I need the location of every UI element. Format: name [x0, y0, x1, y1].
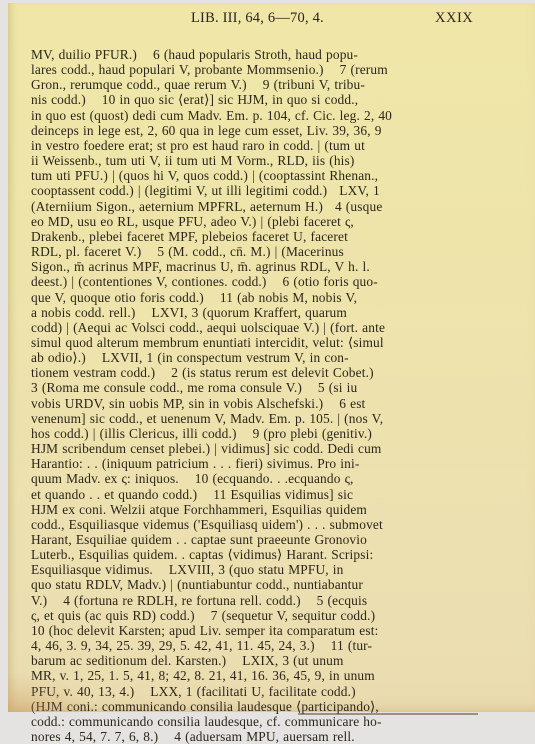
apparatus-line: simul quod alterum membrum enuntiati int…	[31, 335, 496, 350]
apparatus-line: MR, v. 1, 25, 1. 5, 41, 8; 42, 8. 21, 41…	[31, 668, 496, 683]
apparatus-line: quum Madv. ex ς: iniquos. 10 (ecquando. …	[31, 471, 496, 486]
page-header: LIB. III, 64, 6—70, 4. XXIX	[8, 10, 535, 30]
apparatus-line: (HJM coni.: communicando consilia laudes…	[31, 699, 496, 714]
apparatus-line: 10 (hoc delevit Karsten; apud Liv. sempe…	[31, 623, 496, 638]
apparatus-line: cooptassent codd.) | (legitimi V, ut ill…	[31, 183, 496, 198]
apparatus-line: Harantio: . . (iniquum patricium . . . f…	[31, 456, 496, 471]
apparatus-line: V.) 4 (fortuna re RDLH, re fortuna rell.…	[31, 593, 496, 608]
apparatus-line: in quo est (quost) dedi cum Madv. Em. p.…	[31, 108, 496, 123]
apparatus-line: tum uti PFU.) | (quos hi V, quos codd.) …	[31, 168, 496, 183]
page-edge-rule	[298, 713, 478, 715]
running-head: LIB. III, 64, 6—70, 4.	[191, 10, 324, 27]
apparatus-line: Esquiliasque vidimus. LXVIII, 3 (quo sta…	[31, 562, 496, 577]
apparatus-line: Harant, Esquiliae quidem . . captae sunt…	[31, 532, 496, 547]
apparatus-line: codd.: communicando consilia laudesque, …	[31, 714, 496, 727]
apparatus-line: Luterb., Esquilias quidem. . captas ⟨vid…	[31, 547, 496, 562]
apparatus-line: quo statu RDLV, Madv.) | (nuntiabuntur c…	[31, 577, 496, 592]
apparatus-line: tionem vestram codd.) 2 (is status rerum…	[31, 365, 496, 380]
page-number: XXIX	[435, 10, 473, 27]
apparatus-line: et quando . . et quando codd.) 11 Esquil…	[31, 487, 496, 502]
apparatus-line: ς, et quis (ac quis RD) codd.) 7 (sequet…	[31, 608, 496, 623]
apparatus-line: (Aterniium Sigon., aeternium MPFRL, aete…	[31, 199, 496, 214]
apparatus-line: in vestro foedere erat; st pro est haud …	[31, 138, 496, 153]
apparatus-line: barum ac seditionum del. Karsten.) LXIX,…	[31, 653, 496, 668]
apparatus-line: vobis URDV, sin uobis MP, sin in vobis A…	[31, 396, 496, 411]
apparatus-line: eo MD, usu eo RL, usque PFU, adeo V.) | …	[31, 214, 496, 229]
apparatus-line: 4, 46, 3. 9, 34, 25. 39, 29, 5. 42, 41, …	[31, 638, 496, 653]
apparatus-line: ii Weissenb., tum uti V, ii tum uti M Vo…	[31, 153, 496, 168]
apparatus-line: a nobis codd. rell.) LXVI, 3 (quorum Kra…	[31, 305, 496, 320]
apparatus-line: HJM scribendum censet plebei.) | vidimus…	[31, 441, 496, 456]
apparatus-line: deinceps in lege est, 2, 60 qua in lege …	[31, 123, 496, 138]
apparatus-line: Sigon., m̄ acrinus MPF, macrinus U, m̄. …	[31, 259, 496, 274]
apparatus-line: deest.) | (contentiones V, contiones. co…	[31, 274, 496, 289]
apparatus-line: MV, duilio PFUR.) 6 (haud popularis Stro…	[31, 47, 496, 62]
critical-apparatus: MV, duilio PFUR.) 6 (haud popularis Stro…	[31, 47, 496, 727]
apparatus-line: codd) | (Aequi ac Volsci codd., aequi uo…	[31, 320, 496, 335]
apparatus-line: codd., Esquiliasque videmus ('Esquiliasq…	[31, 517, 496, 532]
apparatus-line: RDL, pl. faceret V.) 5 (M. codd., cn̄. M…	[31, 244, 496, 259]
apparatus-line: Gron., rerumque codd., quae rerum V.) 9 …	[31, 77, 496, 92]
book-page: LIB. III, 64, 6—70, 4. XXIX MV, duilio P…	[8, 3, 535, 712]
apparatus-line: lares codd., haud populari V, probante M…	[31, 62, 496, 77]
apparatus-line: 3 (Roma me consule codd., me roma consul…	[31, 380, 496, 395]
apparatus-line: ab odio⟩.) LXVII, 1 (in conspectum vestr…	[31, 350, 496, 365]
apparatus-line: Drakenb., plebei faceret MPF, plebeios f…	[31, 229, 496, 244]
apparatus-line: PFU, v. 40, 13, 4.) LXX, 1 (facilitati U…	[31, 684, 496, 699]
apparatus-line: nis codd.) 10 in quo sic ⟨erat⟩] sic HJM…	[31, 92, 496, 107]
apparatus-line: hos codd.) | (illis Clericus, illi codd.…	[31, 426, 496, 441]
apparatus-line: que V, quoque otio foris codd.) 11 (ab n…	[31, 290, 496, 305]
apparatus-line: HJM ex coni. Welzii atque Forchhammeri, …	[31, 502, 496, 517]
apparatus-line: venenum] sic codd., et uenenum V, Madv. …	[31, 411, 496, 426]
